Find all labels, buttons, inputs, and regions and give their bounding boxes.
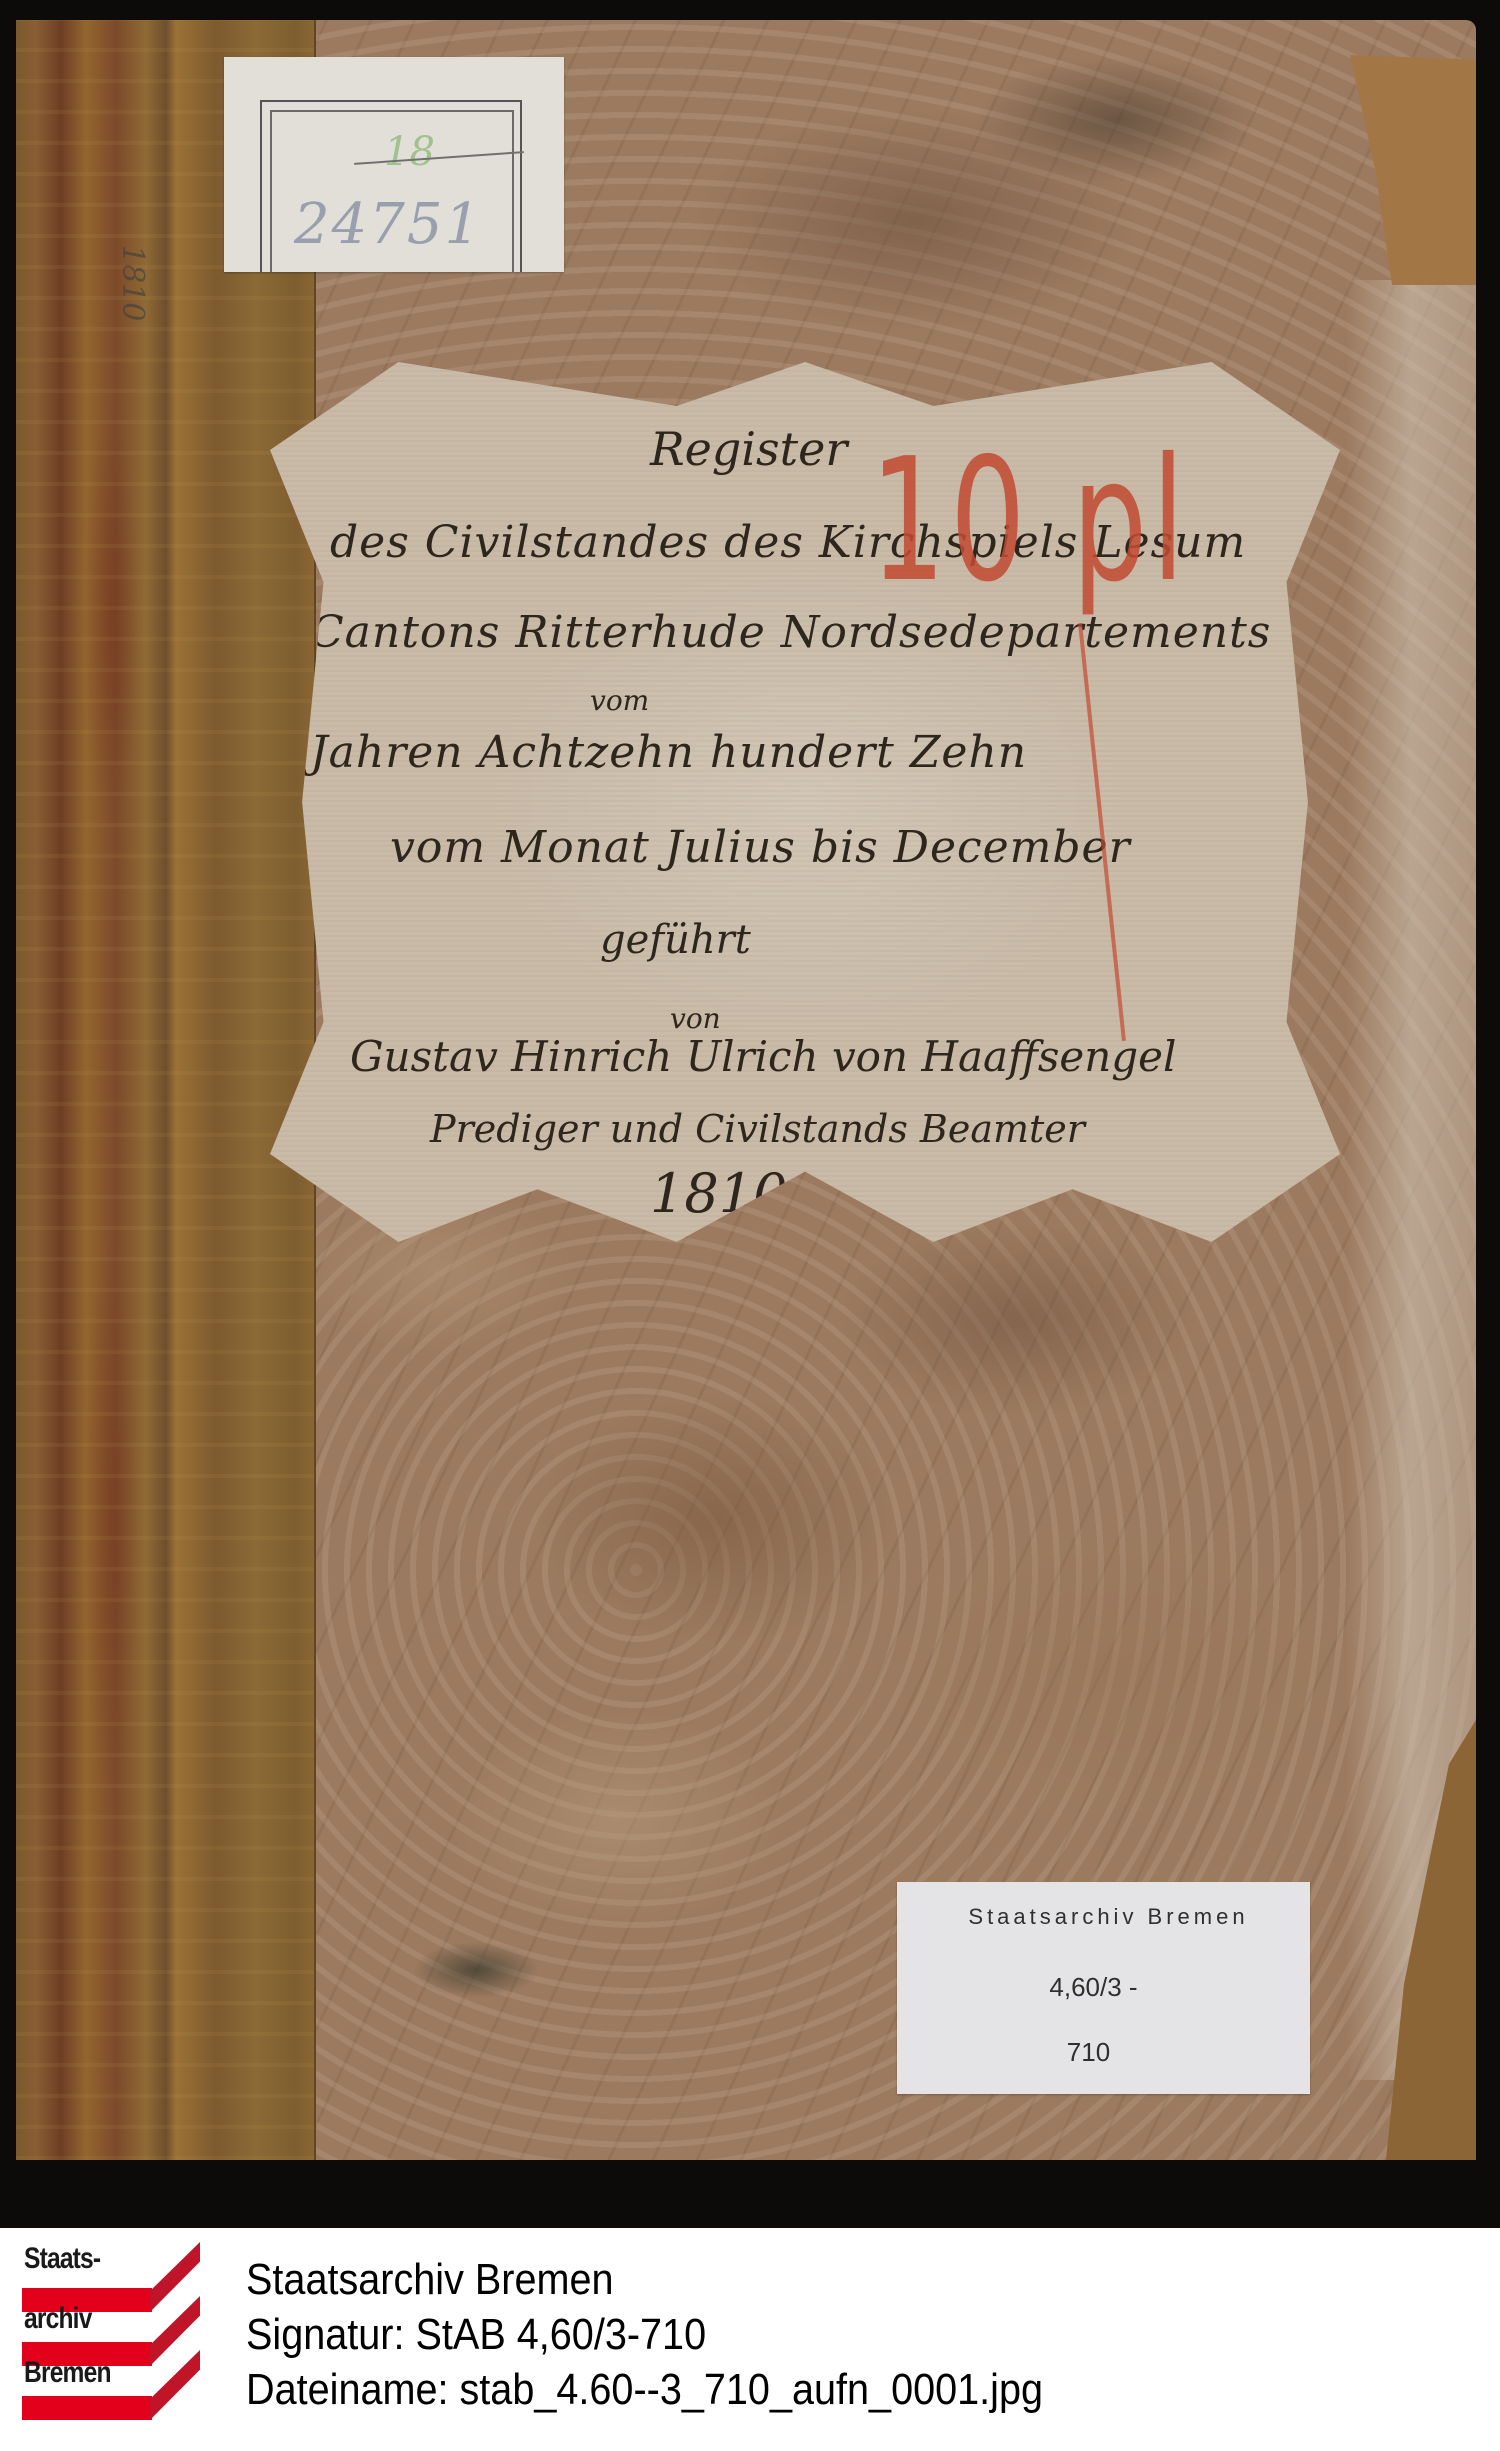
staatsarchiv-logo: Staats- archiv Bremen xyxy=(22,2240,200,2420)
shelf-label-organization: Staatsarchiv Bremen xyxy=(897,1904,1310,1930)
catalog-number: 24751 xyxy=(294,192,482,257)
title-line-8: von xyxy=(670,1002,721,1035)
logo-diagonal-2 xyxy=(150,2296,200,2366)
signature-text: Signatur: StAB 4,60/3-710 xyxy=(246,2313,706,2357)
logo-word-3: Bremen xyxy=(24,2356,111,2390)
logo-word-2: archiv xyxy=(24,2302,92,2336)
title-line-1: Register xyxy=(650,422,847,476)
torn-corner-top xyxy=(1336,55,1476,285)
title-line-4: vom xyxy=(590,684,649,717)
filename-text: Dateiname: stab_4.60--3_710_aufn_0001.jp… xyxy=(246,2368,1043,2412)
struck-number: 18 xyxy=(384,129,435,175)
old-catalog-label: 18 24751 xyxy=(224,57,564,272)
logo-diagonal-3 xyxy=(150,2350,200,2420)
title-line-10: Prediger und Civilstands Beamter xyxy=(430,1107,1085,1151)
logo-diagonal-1 xyxy=(150,2242,200,2312)
document-photo: 1810 18 24751 Register des Civilstandes … xyxy=(0,0,1500,2228)
red-pencil-mark: 10 pl xyxy=(870,422,1189,620)
book-spine: 1810 xyxy=(16,20,316,2160)
title-line-6: vom Monat Julius bis December xyxy=(390,822,1131,873)
shelf-label-signature-1: 4,60/3 - xyxy=(897,1972,1310,2003)
logo-word-1: Staats- xyxy=(24,2242,100,2276)
spine-inscription: 1810 xyxy=(113,245,151,325)
shelf-label-signature-2: 710 xyxy=(897,2037,1310,2068)
title-line-9: Gustav Hinrich Ulrich von Haaffsengel xyxy=(350,1032,1176,1081)
archive-name: Staatsarchiv Bremen xyxy=(246,2258,614,2302)
logo-bar-3 xyxy=(22,2396,152,2420)
shelf-label: Staatsarchiv Bremen 4,60/3 - 710 xyxy=(897,1882,1310,2094)
title-line-7: geführt xyxy=(600,917,751,963)
title-line-5: Jahren Achtzehn hundert Zehn xyxy=(310,727,1027,778)
title-cartouche: Register des Civilstandes des Kirchspiel… xyxy=(270,362,1340,1242)
archive-footer: Staats- archiv Bremen Staatsarchiv Breme… xyxy=(0,2228,1500,2451)
